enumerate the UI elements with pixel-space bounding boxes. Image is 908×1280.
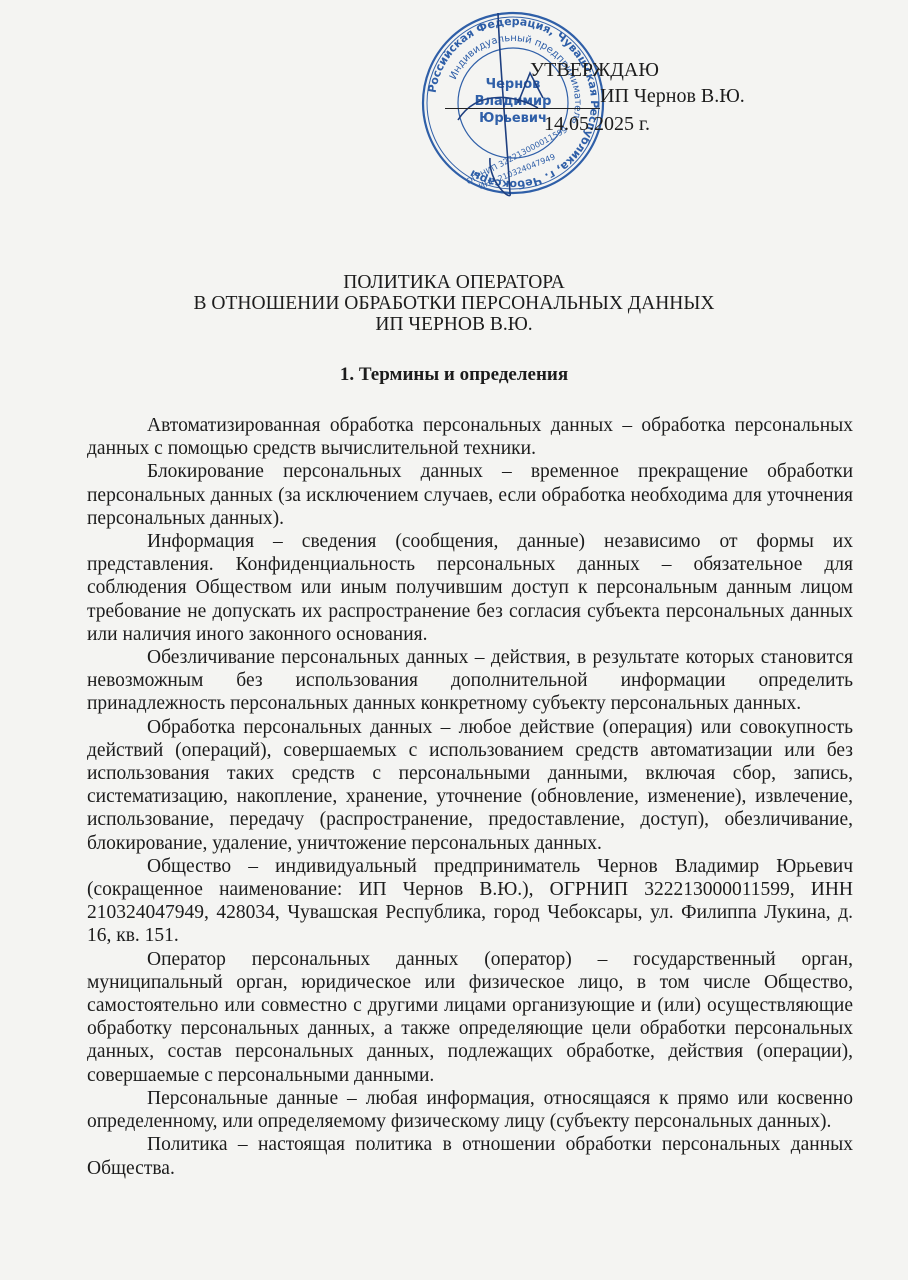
paragraph-company: Общество – индивидуальный предпринимател…: [87, 855, 853, 948]
paragraph-information: Информация – сведения (сообщения, данные…: [87, 530, 853, 646]
approval-label: УТВЕРЖДАЮ: [530, 58, 659, 82]
svg-text:Юрьевич: Юрьевич: [479, 111, 547, 126]
section-body: Автоматизированная обработка персональны…: [87, 414, 853, 1180]
title-line-3: ИП ЧЕРНОВ В.Ю.: [0, 314, 908, 335]
section-heading: 1. Термины и определения: [0, 364, 908, 386]
paragraph-anonymization: Обезличивание персональных данных – дейс…: [87, 646, 853, 716]
svg-text:Владимир: Владимир: [475, 94, 552, 109]
paragraph-processing: Обработка персональных данных – любое де…: [87, 716, 853, 855]
paragraph-blocking: Блокирование персональных данных – време…: [87, 460, 853, 530]
paragraph-personal-data: Персональные данные – любая информация, …: [87, 1087, 853, 1133]
seal-stamp-icon: Российская Федерация, Чувашская Республи…: [418, 8, 608, 198]
approval-date: 14.05.2025 г.: [544, 112, 650, 136]
signature-line: [445, 108, 600, 109]
title-line-1: ПОЛИТИКА ОПЕРАТОРА: [0, 272, 908, 293]
paragraph-operator: Оператор персональных данных (оператор) …: [87, 948, 853, 1087]
document-title: ПОЛИТИКА ОПЕРАТОРА В ОТНОШЕНИИ ОБРАБОТКИ…: [0, 272, 908, 335]
approval-signatory: ИП Чернов В.Ю.: [600, 84, 745, 108]
title-line-2: В ОТНОШЕНИИ ОБРАБОТКИ ПЕРСОНАЛЬНЫХ ДАННЫ…: [0, 293, 908, 314]
paragraph-automated-processing: Автоматизированная обработка персональны…: [87, 414, 853, 460]
paragraph-policy: Политика – настоящая политика в отношени…: [87, 1133, 853, 1179]
document-page: Российская Федерация, Чувашская Республи…: [0, 0, 908, 1280]
